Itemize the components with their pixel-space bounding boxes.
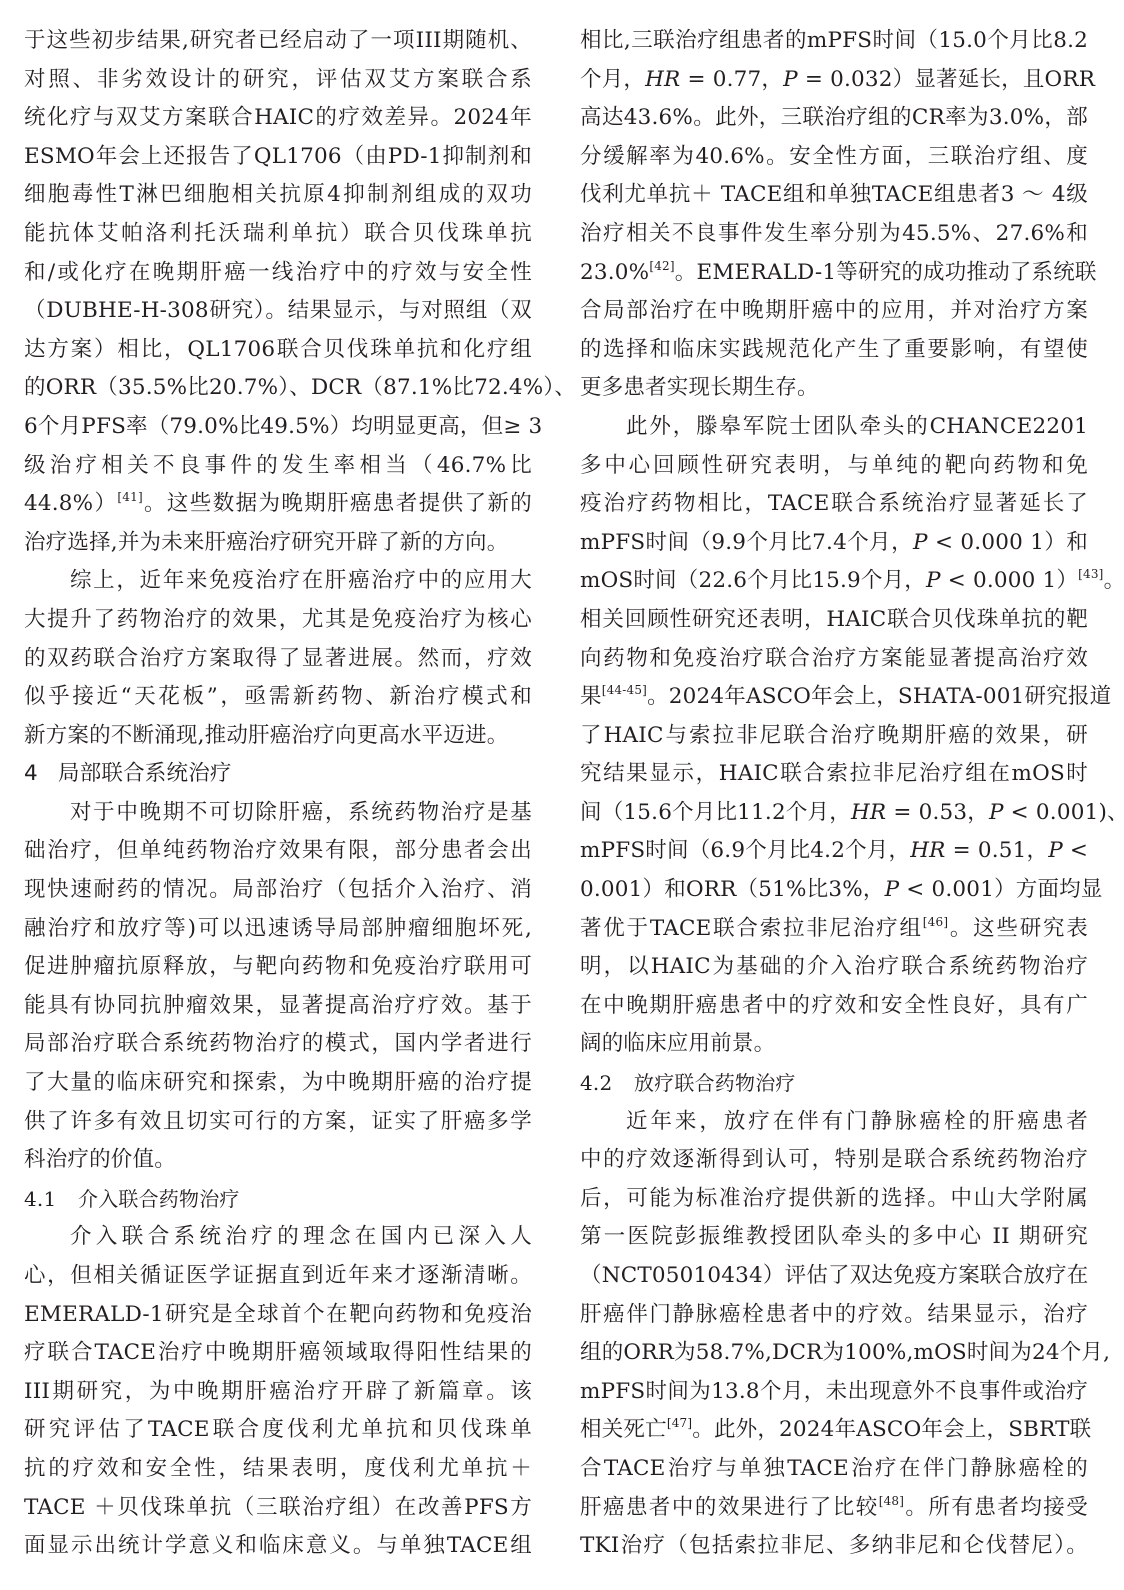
text-line: 细胞毒性T淋巴细胞相关抗原4抑制剂组成的双功 [24,176,532,215]
text-line: EMERALD-1研究是全球首个在靶向药物和免疫治 [24,1296,532,1335]
text-segment: 间（15.6个月比11.2个月， [580,800,851,825]
text-line: 阔的临床应用前景。 [580,1025,1088,1064]
citation-ref: [44-45] [602,683,647,697]
text-line: 的选择和临床实践规范化产生了重要影响，有望使 [580,331,1088,370]
text-line: 中的疗效逐渐得到认可，特别是联合系统药物治疗 [580,1141,1088,1180]
text-line: （DUBHE-H-308研究）。结果显示，与对照组（双 [24,292,532,331]
stat-symbol: HR [910,838,945,863]
text-line: 疫治疗药物相比，TACE联合系统治疗显著延长了 [580,485,1088,524]
text-line: 能抗体艾帕洛利托沃瑞利单抗）联合贝伐珠单抗 [24,215,532,254]
text-line: 间（15.6个月比11.2个月，HR = 0.53，P < 0.001)、 [580,794,1088,833]
text-line: 研究评估了TACE联合度伐利尤单抗和贝伐珠单 [24,1411,532,1450]
text-line: 于这些初步结果,研究者已经启动了一项III期随机、 [24,22,532,61]
section-number: 4.1 [24,1180,78,1219]
stat-symbol: P [926,568,941,593]
citation-ref: [47] [667,1416,692,1430]
text-line: 伐利尤单抗＋ TACE组和单独TACE组患者3 ～ 4级 [580,176,1088,215]
text-line: III期研究，为中晚期肝癌治疗开辟了新篇章。该 [24,1373,532,1412]
text-line: 0.001）和ORR（51%比3%，P < 0.001）方面均显 [580,871,1088,910]
text-line: 多中心回顾性研究表明，与单纯的靶向药物和免 [580,447,1088,486]
stat-symbol: P [989,800,1004,825]
text-line: 似乎接近“天花板”，亟需新药物、新治疗模式和 [24,678,532,717]
text-line: 新方案的不断涌现,推动肝癌治疗向更高水平迈进。 [24,717,532,756]
text-line: 科治疗的价值。 [24,1141,532,1180]
text-segment: 。此外，2024年ASCO年会上，SBRT联 [692,1417,1091,1442]
text-segment: 23.0% [580,260,649,285]
citation-ref: [46] [923,915,948,929]
paragraph-start: 综上，近年来免疫治疗在肝癌治疗中的应用大 [24,562,532,601]
text-segment: 。这些研究表 [948,916,1088,941]
text-line: 相比,三联治疗组患者的mPFS时间（15.0个月比8.2 [580,22,1088,61]
text-segment: 。这些数据为晚期肝癌患者提供了新的 [143,491,532,516]
text-line: 心，但相关循证医学证据直到近年来才逐渐清晰。 [24,1257,532,1296]
text-line: 治疗相关不良事件发生率分别为45.5%、27.6%和 [580,215,1088,254]
text-line: 6个月PFS率（79.0%比49.5%）均明显更高，但≥ 3 [24,408,532,447]
section-title: 介入联合药物治疗 [78,1187,240,1211]
text-line: 更多患者实现长期生存。 [580,369,1088,408]
text-segment: 。2024年ASCO年会上，SHATA-001研究报道 [647,684,1111,709]
text-line: 疗联合TACE治疗中晚期肝癌领域取得阳性结果的 [24,1334,532,1373]
text-segment: 著优于TACE联合索拉非尼治疗组 [580,916,923,941]
text-line: 的双药联合治疗方案取得了显著进展。然而，疗效 [24,640,532,679]
stat-symbol: HR [851,800,886,825]
text-line: 统化疗与双艾方案联合HAIC的疗效差异。2024年 [24,99,532,138]
section-number: 4 [24,755,58,794]
text-line: 了大量的临床研究和探索，为中晚期肝癌的治疗提 [24,1064,532,1103]
text-segment: = 0.51， [946,838,1049,863]
text-line: 肝癌伴门静脉癌栓患者中的疗效。结果显示，治疗 [580,1296,1088,1335]
text-segment: mOS时间（22.6个月比15.9个月， [580,568,926,593]
text-line: 级治疗相关不良事件的发生率相当（46.7%比 [24,447,532,486]
text-line: mOS时间（22.6个月比15.9个月，P < 0.000 1）[43]。 [580,562,1088,601]
section-heading: 4局部联合系统治疗 [24,755,532,794]
text-segment: = 0.032）显著延长，且ORR [798,67,1095,92]
text-line: 大提升了药物治疗的效果，尤其是免疫治疗为核心 [24,601,532,640]
text-line: mPFS时间（6.9个月比4.2个月，HR = 0.51，P < [580,832,1088,871]
text-line: 第一医院彭振维教授团队牵头的多中心 II 期研究 [580,1218,1088,1257]
text-line: 肝癌患者中的效果进行了比较[48]。所有患者均接受 [580,1489,1088,1528]
text-line: 相关死亡[47]。此外，2024年ASCO年会上，SBRT联 [580,1411,1088,1450]
text-line: mPFS时间（9.9个月比7.4个月，P < 0.000 1）和 [580,524,1088,563]
paragraph-start: 此外，滕皋军院士团队牵头的CHANCE2201 [580,408,1088,447]
section-number: 4.2 [580,1064,634,1103]
text-segment: 。EMERALD-1等研究的成功推动了系统联 [675,260,1097,285]
text-line: 个月，HR = 0.77，P = 0.032）显著延长，且ORR [580,61,1088,100]
section-title: 放疗联合药物治疗 [634,1071,796,1095]
text-line: 了HAIC与索拉非尼联合治疗晚期肝癌的效果，研 [580,717,1088,756]
text-segment: < [1063,838,1088,863]
text-segment: 个月， [580,67,645,92]
left-column: 于这些初步结果,研究者已经启动了一项III期随机、对照、非劣效设计的研究，评估双… [24,22,532,1566]
text-line: 相关回顾性研究还表明，HAIC联合贝伐珠单抗的靶 [580,601,1088,640]
citation-ref: [41] [117,490,142,504]
section-title: 局部联合系统治疗 [58,761,232,786]
text-segment: < 0.000 1）和 [928,530,1088,555]
text-line: 现快速耐药的情况。局部治疗（包括介入治疗、消 [24,871,532,910]
text-line: 44.8%）[41]。这些数据为晚期肝癌患者提供了新的 [24,485,532,524]
section-heading: 4.2放疗联合药物治疗 [580,1064,1088,1103]
text-line: 能具有协同抗肿瘤效果，显著提高治疗疗效。基于 [24,987,532,1026]
text-segment: 。所有患者均接受 [904,1495,1088,1520]
text-line: 抗的疗效和安全性，结果表明，度伐利尤单抗＋ [24,1450,532,1489]
text-line: 在中晚期肝癌患者中的疗效和安全性良好，具有广 [580,987,1088,1026]
citation-ref: [43] [1078,567,1103,581]
text-line: ESMO年会上还报告了QL1706（由PD-1抑制剂和 [24,138,532,177]
document-page: 于这些初步结果,研究者已经启动了一项III期随机、对照、非劣效设计的研究，评估双… [0,0,1124,1590]
text-line: 著优于TACE联合索拉非尼治疗组[46]。这些研究表 [580,910,1088,949]
text-segment: 。 [1104,568,1124,593]
text-line: 究结果显示，HAIC联合索拉非尼治疗组在mOS时 [580,755,1088,794]
text-segment: 相关死亡 [580,1417,667,1442]
text-segment: 果 [580,684,602,709]
paragraph-start: 近年来，放疗在伴有门静脉癌栓的肝癌患者 [580,1103,1088,1142]
text-segment: 肝癌患者中的效果进行了比较 [580,1495,879,1520]
text-segment: < 0.001)、 [1004,800,1124,825]
right-column: 相比,三联治疗组患者的mPFS时间（15.0个月比8.2个月，HR = 0.77… [580,22,1088,1566]
text-segment: 44.8%） [24,491,117,516]
text-segment: = 0.53， [886,800,989,825]
text-segment: < 0.001）方面均显 [899,877,1102,902]
stat-symbol: HR [645,67,680,92]
text-line: 达方案）相比，QL1706联合贝伐珠单抗和化疗组 [24,331,532,370]
text-line: 的ORR（35.5%比20.7%）、DCR（87.1%比72.4%）、 [24,369,532,408]
text-line: 融治疗和放疗等)可以迅速诱导局部肿瘤细胞坏死, [24,910,532,949]
text-line: TACE ＋贝伐珠单抗（三联治疗组）在改善PFS方 [24,1489,532,1528]
text-line: mPFS时间为13.8个月，未出现意外不良事件或治疗 [580,1373,1088,1412]
text-line: 高达43.6%。此外，三联治疗组的CR率为3.0%，部 [580,99,1088,138]
text-line: 分缓解率为40.6%。安全性方面，三联治疗组、度 [580,138,1088,177]
text-line: 治疗选择,并为未来肝癌治疗研究开辟了新的方向。 [24,524,532,563]
text-line: 向药物和免疫治疗联合治疗方案能显著提高治疗效 [580,640,1088,679]
text-line: （NCT05010434）评估了双达免疫方案联合放疗在 [580,1257,1088,1296]
text-line: 明，以HAIC为基础的介入治疗联合系统药物治疗 [580,948,1088,987]
text-line: 合局部治疗在中晚期肝癌中的应用，并对治疗方案 [580,292,1088,331]
text-line: 后，可能为标准治疗提供新的选择。中山大学附属 [580,1180,1088,1219]
text-line: TKI治疗（包括索拉非尼、多纳非尼和仑伐替尼）。 [580,1527,1088,1566]
text-line: 础治疗，但单纯药物治疗效果有限，部分患者会出 [24,832,532,871]
text-line: 23.0%[42]。EMERALD-1等研究的成功推动了系统联 [580,254,1088,293]
paragraph-start: 介入联合系统治疗的理念在国内已深入人 [24,1218,532,1257]
stat-symbol: P [913,530,928,555]
text-segment: < 0.000 1） [941,568,1078,593]
text-line: 组的ORR为58.7%,DCR为100%,mOS时间为24个月, [580,1334,1088,1373]
paragraph-start: 对于中晚期不可切除肝癌，系统药物治疗是基 [24,794,532,833]
stat-symbol: P [885,877,900,902]
text-line: 局部治疗联合系统药物治疗的模式，国内学者进行 [24,1025,532,1064]
text-line: 供了许多有效且切实可行的方案，证实了肝癌多学 [24,1103,532,1142]
citation-ref: [48] [879,1494,904,1508]
text-segment: mPFS时间（9.9个月比7.4个月， [580,530,913,555]
citation-ref: [42] [649,259,674,273]
text-line: 促进肿瘤抗原释放，与靶向药物和免疫治疗联用可 [24,948,532,987]
stat-symbol: P [783,67,798,92]
section-heading: 4.1介入联合药物治疗 [24,1180,532,1219]
text-line: 果[44-45]。2024年ASCO年会上，SHATA-001研究报道 [580,678,1088,717]
text-segment: 0.001）和ORR（51%比3%， [580,877,885,902]
text-line: 合TACE治疗与单独TACE治疗在伴门静脉癌栓的 [580,1450,1088,1489]
text-line: 对照、非劣效设计的研究，评估双艾方案联合系 [24,61,532,100]
stat-symbol: P [1048,838,1063,863]
text-line: 面显示出统计学意义和临床意义。与单独TACE组 [24,1527,532,1566]
text-line: 和/或化疗在晚期肝癌一线治疗中的疗效与安全性 [24,254,532,293]
text-segment: mPFS时间（6.9个月比4.2个月， [580,838,910,863]
text-segment: = 0.77， [680,67,783,92]
